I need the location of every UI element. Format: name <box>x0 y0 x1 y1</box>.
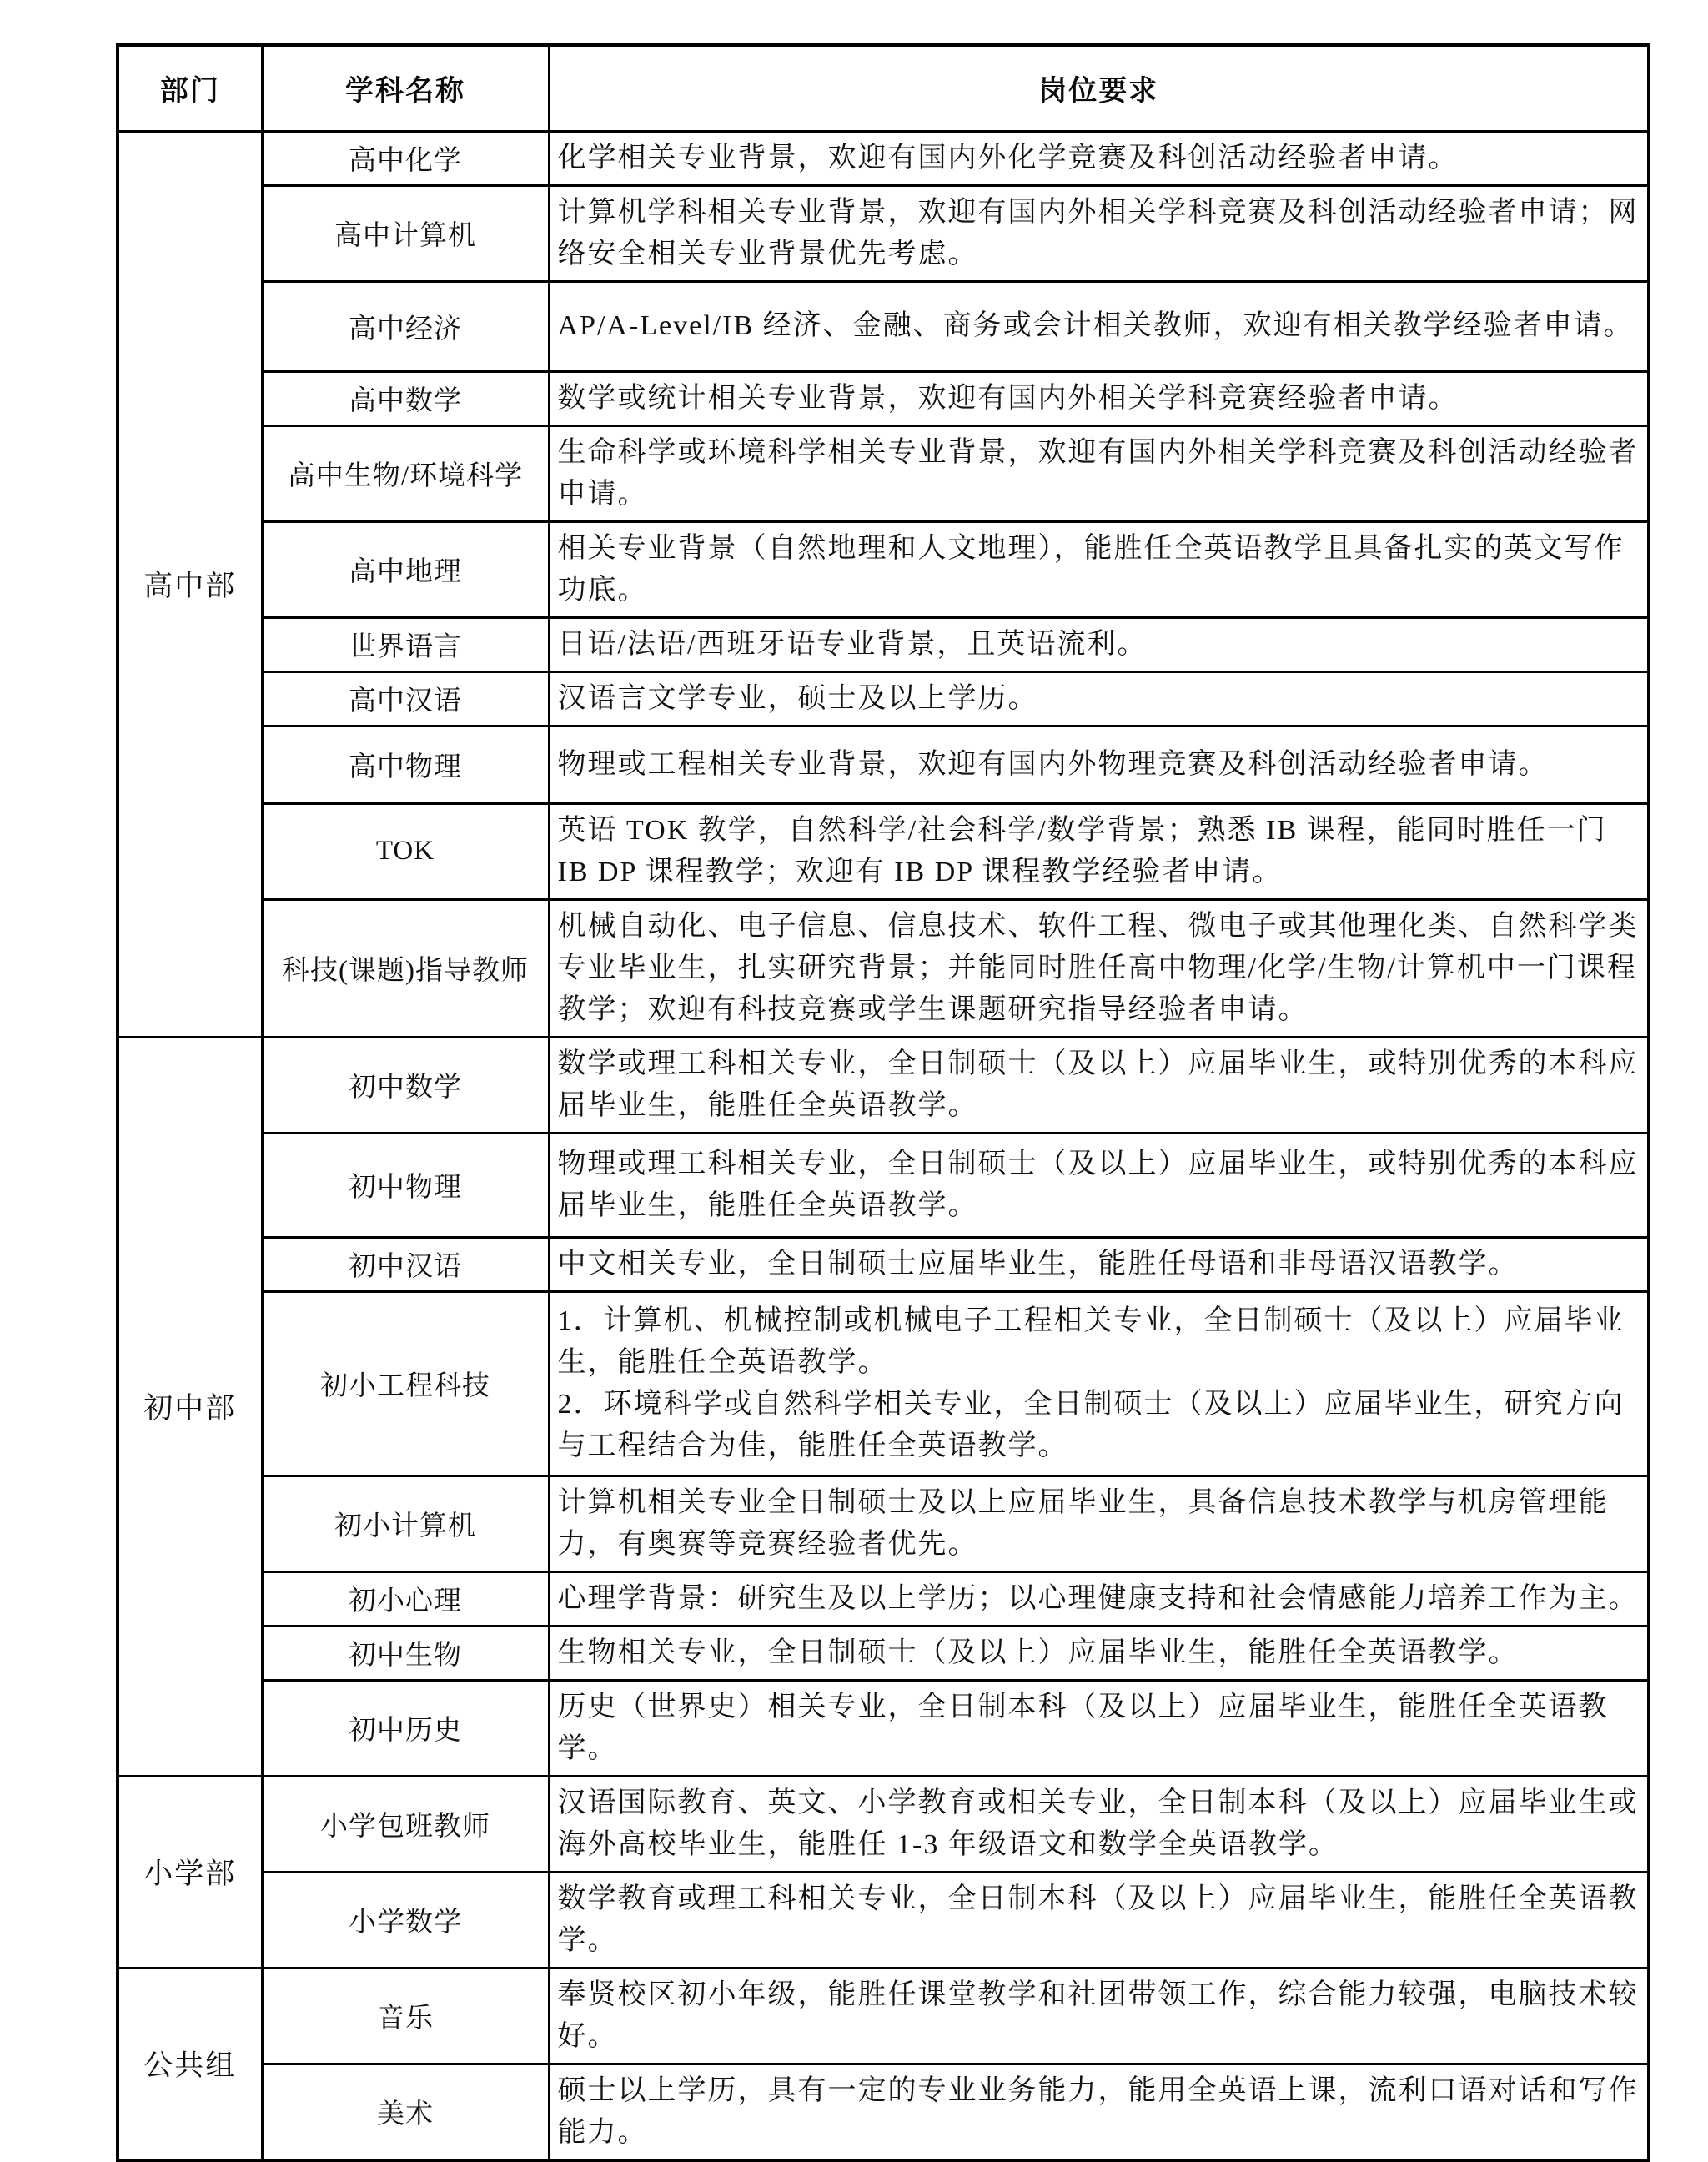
requirement-cell: 相关专业背景（自然地理和人文地理），能胜任全英语教学且具备扎实的英文写作功底。 <box>549 521 1649 617</box>
subject-cell: 高中地理 <box>262 521 549 617</box>
subject-cell: 高中经济 <box>262 281 549 371</box>
table-row: 高中计算机 计算机学科相关专业背景，欢迎有国内外相关学科竞赛及科创活动经验者申请… <box>118 185 1649 281</box>
requirement-cell: 数学或理工科相关专业，全日制硕士（及以上）应届毕业生，或特别优秀的本科应届毕业生… <box>549 1037 1649 1133</box>
table-row: 初中部 初中数学 数学或理工科相关专业，全日制硕士（及以上）应届毕业生，或特别优… <box>118 1037 1649 1133</box>
subject-cell: 高中汉语 <box>262 671 549 726</box>
subject-cell: 世界语言 <box>262 617 549 671</box>
table-row: 高中生物/环境科学 生命科学或环境科学相关专业背景，欢迎有国内外相关学科竞赛及科… <box>118 425 1649 521</box>
table-row: 高中经济 AP/A-Level/IB 经济、金融、商务或会计相关教师，欢迎有相关… <box>118 281 1649 371</box>
subject-cell: 小学数学 <box>262 1872 549 1968</box>
table-row: 高中部 高中化学 化学相关专业背景，欢迎有国内外化学竞赛及科创活动经验者申请。 <box>118 131 1649 185</box>
subject-cell: 初中历史 <box>262 1680 549 1776</box>
department-cell: 高中部 <box>118 131 262 1037</box>
requirement-cell: 硕士以上学历，具有一定的专业业务能力，能用全英语上课，流利口语对话和写作能力。 <box>549 2064 1649 2160</box>
subject-cell: 小学包班教师 <box>262 1776 549 1872</box>
requirement-cell: 物理或理工科相关专业，全日制硕士（及以上）应届毕业生，或特别优秀的本科应届毕业生… <box>549 1133 1649 1237</box>
requirement-cell: 汉语国际教育、英文、小学教育或相关专业，全日制本科（及以上）应届毕业生或海外高校… <box>549 1776 1649 1872</box>
requirement-cell: 生物相关专业，全日制硕士（及以上）应届毕业生，能胜任全英语教学。 <box>549 1626 1649 1680</box>
requirement-cell: 生命科学或环境科学相关专业背景，欢迎有国内外相关学科竞赛及科创活动经验者申请。 <box>549 425 1649 521</box>
table-row: 高中地理 相关专业背景（自然地理和人文地理），能胜任全英语教学且具备扎实的英文写… <box>118 521 1649 617</box>
header-requirements: 岗位要求 <box>549 45 1649 131</box>
header-row: 部门 学科名称 岗位要求 <box>118 45 1649 131</box>
table-row: TOK 英语 TOK 教学，自然科学/社会科学/数学背景；熟悉 IB 课程，能同… <box>118 803 1649 899</box>
requirement-cell: 汉语言文学专业，硕士及以上学历。 <box>549 671 1649 726</box>
table-row: 科技(课题)指导教师 机械自动化、电子信息、信息技术、软件工程、微电子或其他理化… <box>118 899 1649 1037</box>
requirement-cell: 奉贤校区初小年级，能胜任课堂教学和社团带领工作，综合能力较强，电脑技术较好。 <box>549 1968 1649 2064</box>
table-row: 初中汉语 中文相关专业，全日制硕士应届毕业生，能胜任母语和非母语汉语教学。 <box>118 1237 1649 1291</box>
subject-cell: 高中生物/环境科学 <box>262 425 549 521</box>
subject-cell: 科技(课题)指导教师 <box>262 899 549 1037</box>
table-row: 高中汉语 汉语言文学专业，硕士及以上学历。 <box>118 671 1649 726</box>
subject-cell: 初中数学 <box>262 1037 549 1133</box>
table-row: 初小工程科技 1．计算机、机械控制或机械电子工程相关专业，全日制硕士（及以上）应… <box>118 1291 1649 1476</box>
subject-cell: 高中计算机 <box>262 185 549 281</box>
requirement-cell: 计算机相关专业全日制硕士及以上应届毕业生，具备信息技术教学与机房管理能力，有奥赛… <box>549 1476 1649 1571</box>
subject-cell: 初小心理 <box>262 1571 549 1626</box>
subject-cell: 高中物理 <box>262 726 549 803</box>
requirement-cell: 物理或工程相关专业背景，欢迎有国内外物理竞赛及科创活动经验者申请。 <box>549 726 1649 803</box>
table-row: 美术 硕士以上学历，具有一定的专业业务能力，能用全英语上课，流利口语对话和写作能… <box>118 2064 1649 2160</box>
requirement-cell: 英语 TOK 教学，自然科学/社会科学/数学背景；熟悉 IB 课程，能同时胜任一… <box>549 803 1649 899</box>
subject-cell: 初中物理 <box>262 1133 549 1237</box>
table-row: 初小计算机 计算机相关专业全日制硕士及以上应届毕业生，具备信息技术教学与机房管理… <box>118 1476 1649 1571</box>
requirement-cell: 机械自动化、电子信息、信息技术、软件工程、微电子或其他理化类、自然科学类专业毕业… <box>549 899 1649 1037</box>
header-subject: 学科名称 <box>262 45 549 131</box>
requirement-cell: 数学或统计相关专业背景，欢迎有国内外相关学科竞赛经验者申请。 <box>549 371 1649 425</box>
recruitment-table: 部门 学科名称 岗位要求 高中部 高中化学 化学相关专业背景，欢迎有国内外化学竞… <box>116 43 1650 2162</box>
subject-cell: TOK <box>262 803 549 899</box>
department-cell: 公共组 <box>118 1968 262 2160</box>
requirement-cell: 1．计算机、机械控制或机械电子工程相关专业，全日制硕士（及以上）应届毕业生，能胜… <box>549 1291 1649 1476</box>
department-cell: 初中部 <box>118 1037 262 1776</box>
table-row: 世界语言 日语/法语/西班牙语专业背景，且英语流利。 <box>118 617 1649 671</box>
table-row: 初中历史 历史（世界史）相关专业，全日制本科（及以上）应届毕业生，能胜任全英语教… <box>118 1680 1649 1776</box>
table-row: 小学部 小学包班教师 汉语国际教育、英文、小学教育或相关专业，全日制本科（及以上… <box>118 1776 1649 1872</box>
subject-cell: 高中数学 <box>262 371 549 425</box>
department-cell: 小学部 <box>118 1776 262 1968</box>
table-row: 初小心理 心理学背景：研究生及以上学历；以心理健康支持和社会情感能力培养工作为主… <box>118 1571 1649 1626</box>
requirement-cell: AP/A-Level/IB 经济、金融、商务或会计相关教师，欢迎有相关教学经验者… <box>549 281 1649 371</box>
subject-cell: 美术 <box>262 2064 549 2160</box>
requirement-cell: 化学相关专业背景，欢迎有国内外化学竞赛及科创活动经验者申请。 <box>549 131 1649 185</box>
table-row: 小学数学 数学教育或理工科相关专业，全日制本科（及以上）应届毕业生，能胜任全英语… <box>118 1872 1649 1968</box>
requirement-cell: 历史（世界史）相关专业，全日制本科（及以上）应届毕业生，能胜任全英语教学。 <box>549 1680 1649 1776</box>
subject-cell: 初小计算机 <box>262 1476 549 1571</box>
requirement-cell: 中文相关专业，全日制硕士应届毕业生，能胜任母语和非母语汉语教学。 <box>549 1237 1649 1291</box>
requirement-cell: 日语/法语/西班牙语专业背景，且英语流利。 <box>549 617 1649 671</box>
subject-cell: 高中化学 <box>262 131 549 185</box>
table-row: 公共组 音乐 奉贤校区初小年级，能胜任课堂教学和社团带领工作，综合能力较强，电脑… <box>118 1968 1649 2064</box>
requirement-cell: 计算机学科相关专业背景，欢迎有国内外相关学科竞赛及科创活动经验者申请；网络安全相… <box>549 185 1649 281</box>
header-department: 部门 <box>118 45 262 131</box>
subject-cell: 音乐 <box>262 1968 549 2064</box>
requirement-cell: 数学教育或理工科相关专业，全日制本科（及以上）应届毕业生，能胜任全英语教学。 <box>549 1872 1649 1968</box>
subject-cell: 初中汉语 <box>262 1237 549 1291</box>
table-row: 高中数学 数学或统计相关专业背景，欢迎有国内外相关学科竞赛经验者申请。 <box>118 371 1649 425</box>
requirement-cell: 心理学背景：研究生及以上学历；以心理健康支持和社会情感能力培养工作为主。 <box>549 1571 1649 1626</box>
subject-cell: 初小工程科技 <box>262 1291 549 1476</box>
table-row: 高中物理 物理或工程相关专业背景，欢迎有国内外物理竞赛及科创活动经验者申请。 <box>118 726 1649 803</box>
table-row: 初中物理 物理或理工科相关专业，全日制硕士（及以上）应届毕业生，或特别优秀的本科… <box>118 1133 1649 1237</box>
table-row: 初中生物 生物相关专业，全日制硕士（及以上）应届毕业生，能胜任全英语教学。 <box>118 1626 1649 1680</box>
subject-cell: 初中生物 <box>262 1626 549 1680</box>
